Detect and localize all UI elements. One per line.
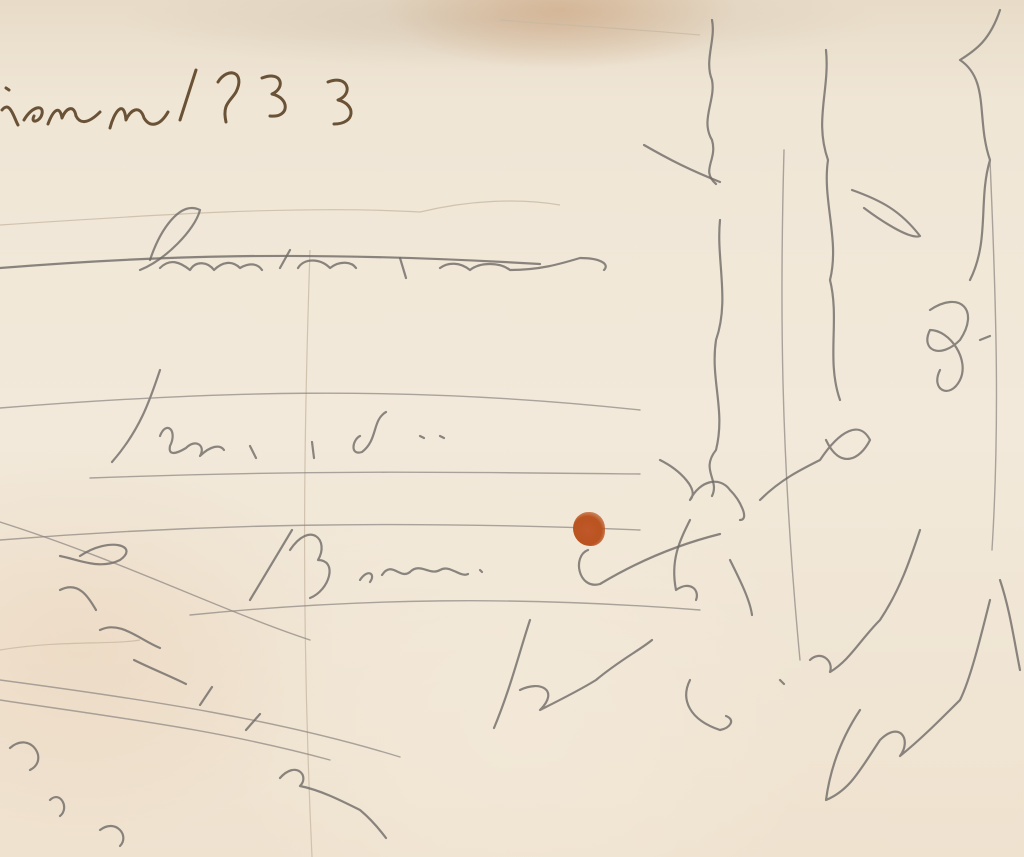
struck-line-1: …i Sourrosi bbox=[140, 236, 343, 276]
line-2-ink bbox=[0, 370, 640, 478]
heading-date: …ien 1933 bbox=[0, 58, 330, 118]
signature-4: Bohl… bbox=[830, 700, 962, 746]
struck-line-3: Bolrain bbox=[250, 548, 390, 592]
signature-3: Sehw bbox=[690, 620, 790, 661]
signature-2: Sdea bbox=[660, 470, 750, 511]
signature-1: Gien bbox=[500, 640, 585, 681]
vertical-note-3: …B… bbox=[950, 60, 1016, 88]
vertical-note-1: Lor… bbox=[690, 30, 756, 58]
struck-line-4: Lu…ssou bbox=[60, 600, 216, 640]
struck-line-2: Srock, i ill… bbox=[110, 418, 320, 458]
stain-spot bbox=[573, 512, 605, 546]
line-5: …ra…e… bbox=[10, 750, 150, 785]
vertical-notes-ink bbox=[644, 10, 1000, 660]
vertical-note-2: … bbox=[820, 60, 844, 88]
